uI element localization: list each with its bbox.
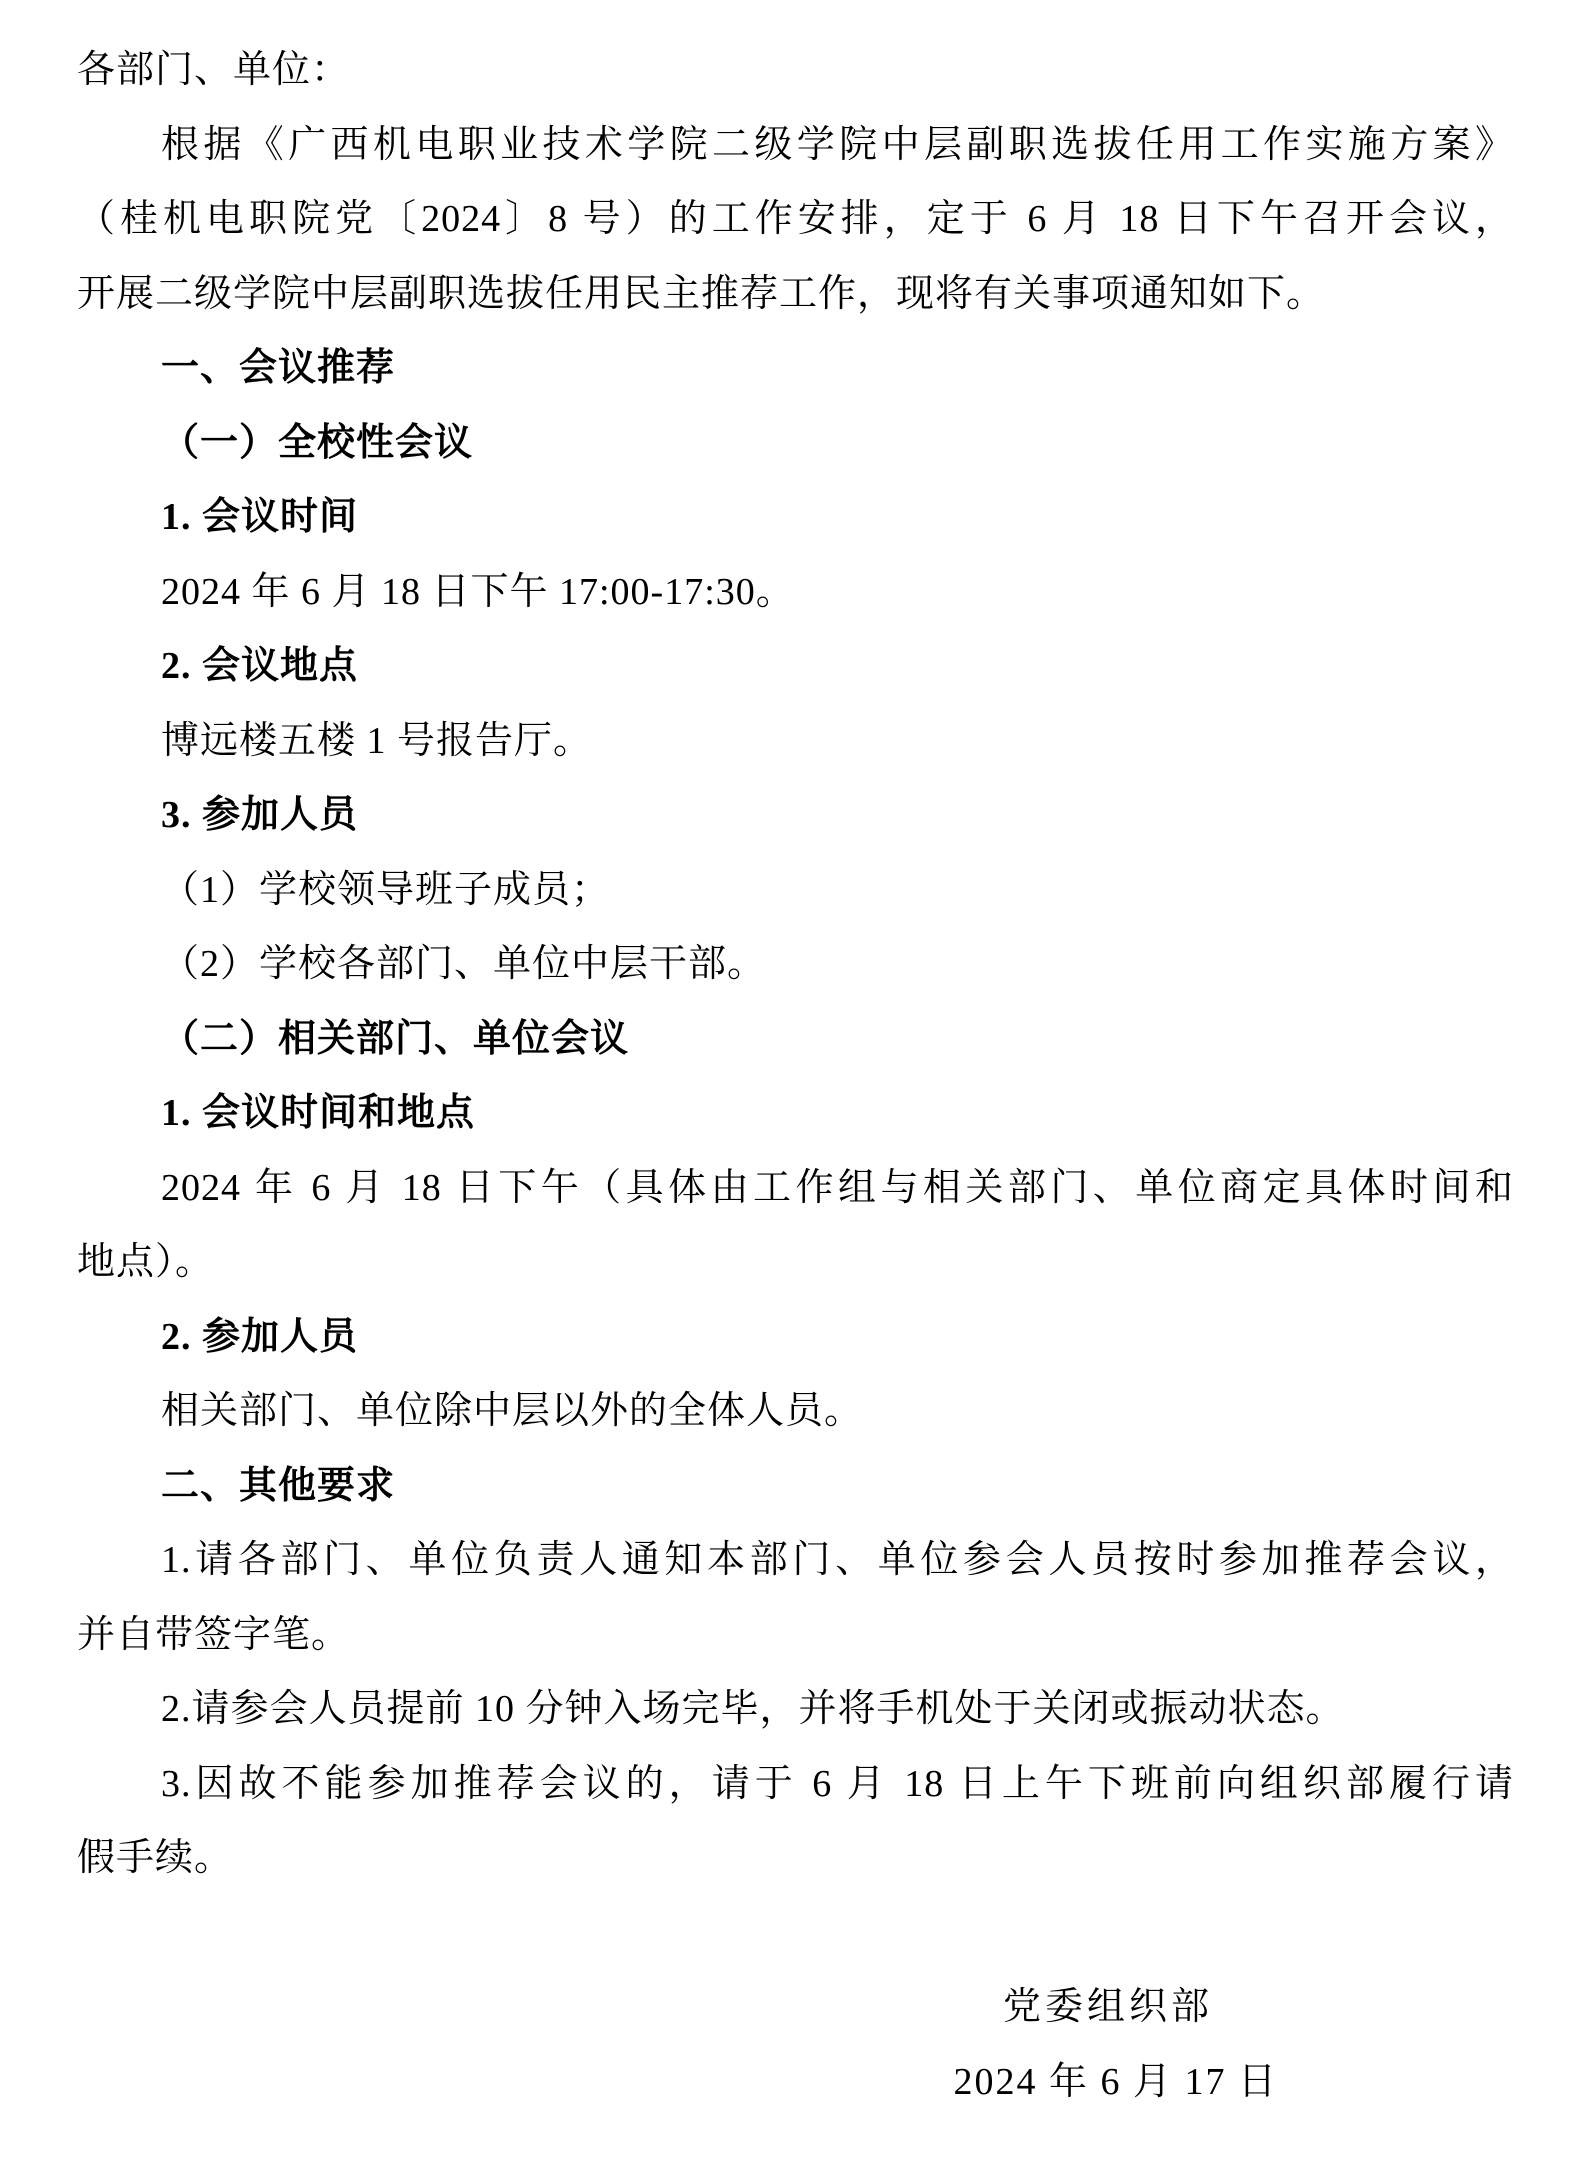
section2-item3-line-2: 假手续。	[77, 1821, 1514, 1896]
section2-heading: 二、其他要求	[77, 1449, 1514, 1524]
sub2-item2-body: 相关部门、单位除中层以外的全体人员。	[77, 1374, 1514, 1449]
section2-item1-line-2: 并自带签字笔。	[77, 1598, 1514, 1673]
intro-line-2: （桂机电职院党〔2024〕8 号）的工作安排，定于 6 月 18 日下午召开会议…	[77, 182, 1514, 257]
sub1-item3-body-a: （1）学校领导班子成员；	[77, 853, 1514, 928]
section2-item1-line-1: 1.请各部门、单位负责人通知本部门、单位参会人员按时参加推荐会议，	[77, 1523, 1514, 1598]
intro-line-3: 开展二级学院中层副职选拔任用民主推荐工作，现将有关事项通知如下。	[77, 257, 1514, 332]
sub1-item1-heading: 1. 会议时间	[77, 480, 1514, 555]
section2-item3-line-1: 3.因故不能参加推荐会议的，请于 6 月 18 日上午下班前向组织部履行请	[77, 1747, 1514, 1822]
salutation: 各部门、单位：	[77, 33, 1514, 108]
section1-heading: 一、会议推荐	[77, 331, 1514, 406]
sub1-item3-body-b: （2）学校各部门、单位中层干部。	[77, 927, 1514, 1002]
section1-sub2-heading: （二）相关部门、单位会议	[77, 1002, 1514, 1077]
sub1-item2-heading: 2. 会议地点	[77, 629, 1514, 704]
sub2-item1-body-line-1: 2024 年 6 月 18 日下午（具体由工作组与相关部门、单位商定具体时间和	[77, 1151, 1514, 1226]
signature-department: 党委组织部	[77, 1970, 1514, 2045]
sub1-item1-body: 2024 年 6 月 18 日下午 17:00-17:30。	[77, 555, 1514, 630]
sub2-item2-heading: 2. 参加人员	[77, 1300, 1514, 1375]
sub2-item1-heading: 1. 会议时间和地点	[77, 1076, 1514, 1151]
notice-document: 各部门、单位： 根据《广西机电职业技术学院二级学院中层副职选拔任用工作实施方案》…	[0, 0, 1587, 2158]
intro-line-1: 根据《广西机电职业技术学院二级学院中层副职选拔任用工作实施方案》	[77, 108, 1514, 183]
sub1-item2-body: 博远楼五楼 1 号报告厅。	[77, 704, 1514, 779]
section1-sub1-heading: （一）全校性会议	[77, 406, 1514, 481]
sub1-item3-heading: 3. 参加人员	[77, 778, 1514, 853]
sub2-item1-body-line-2: 地点）。	[77, 1225, 1514, 1300]
signature-date: 2024 年 6 月 17 日	[77, 2045, 1514, 2120]
spacer	[77, 1896, 1514, 1971]
section2-item2: 2.请参会人员提前 10 分钟入场完毕，并将手机处于关闭或振动状态。	[77, 1672, 1514, 1747]
